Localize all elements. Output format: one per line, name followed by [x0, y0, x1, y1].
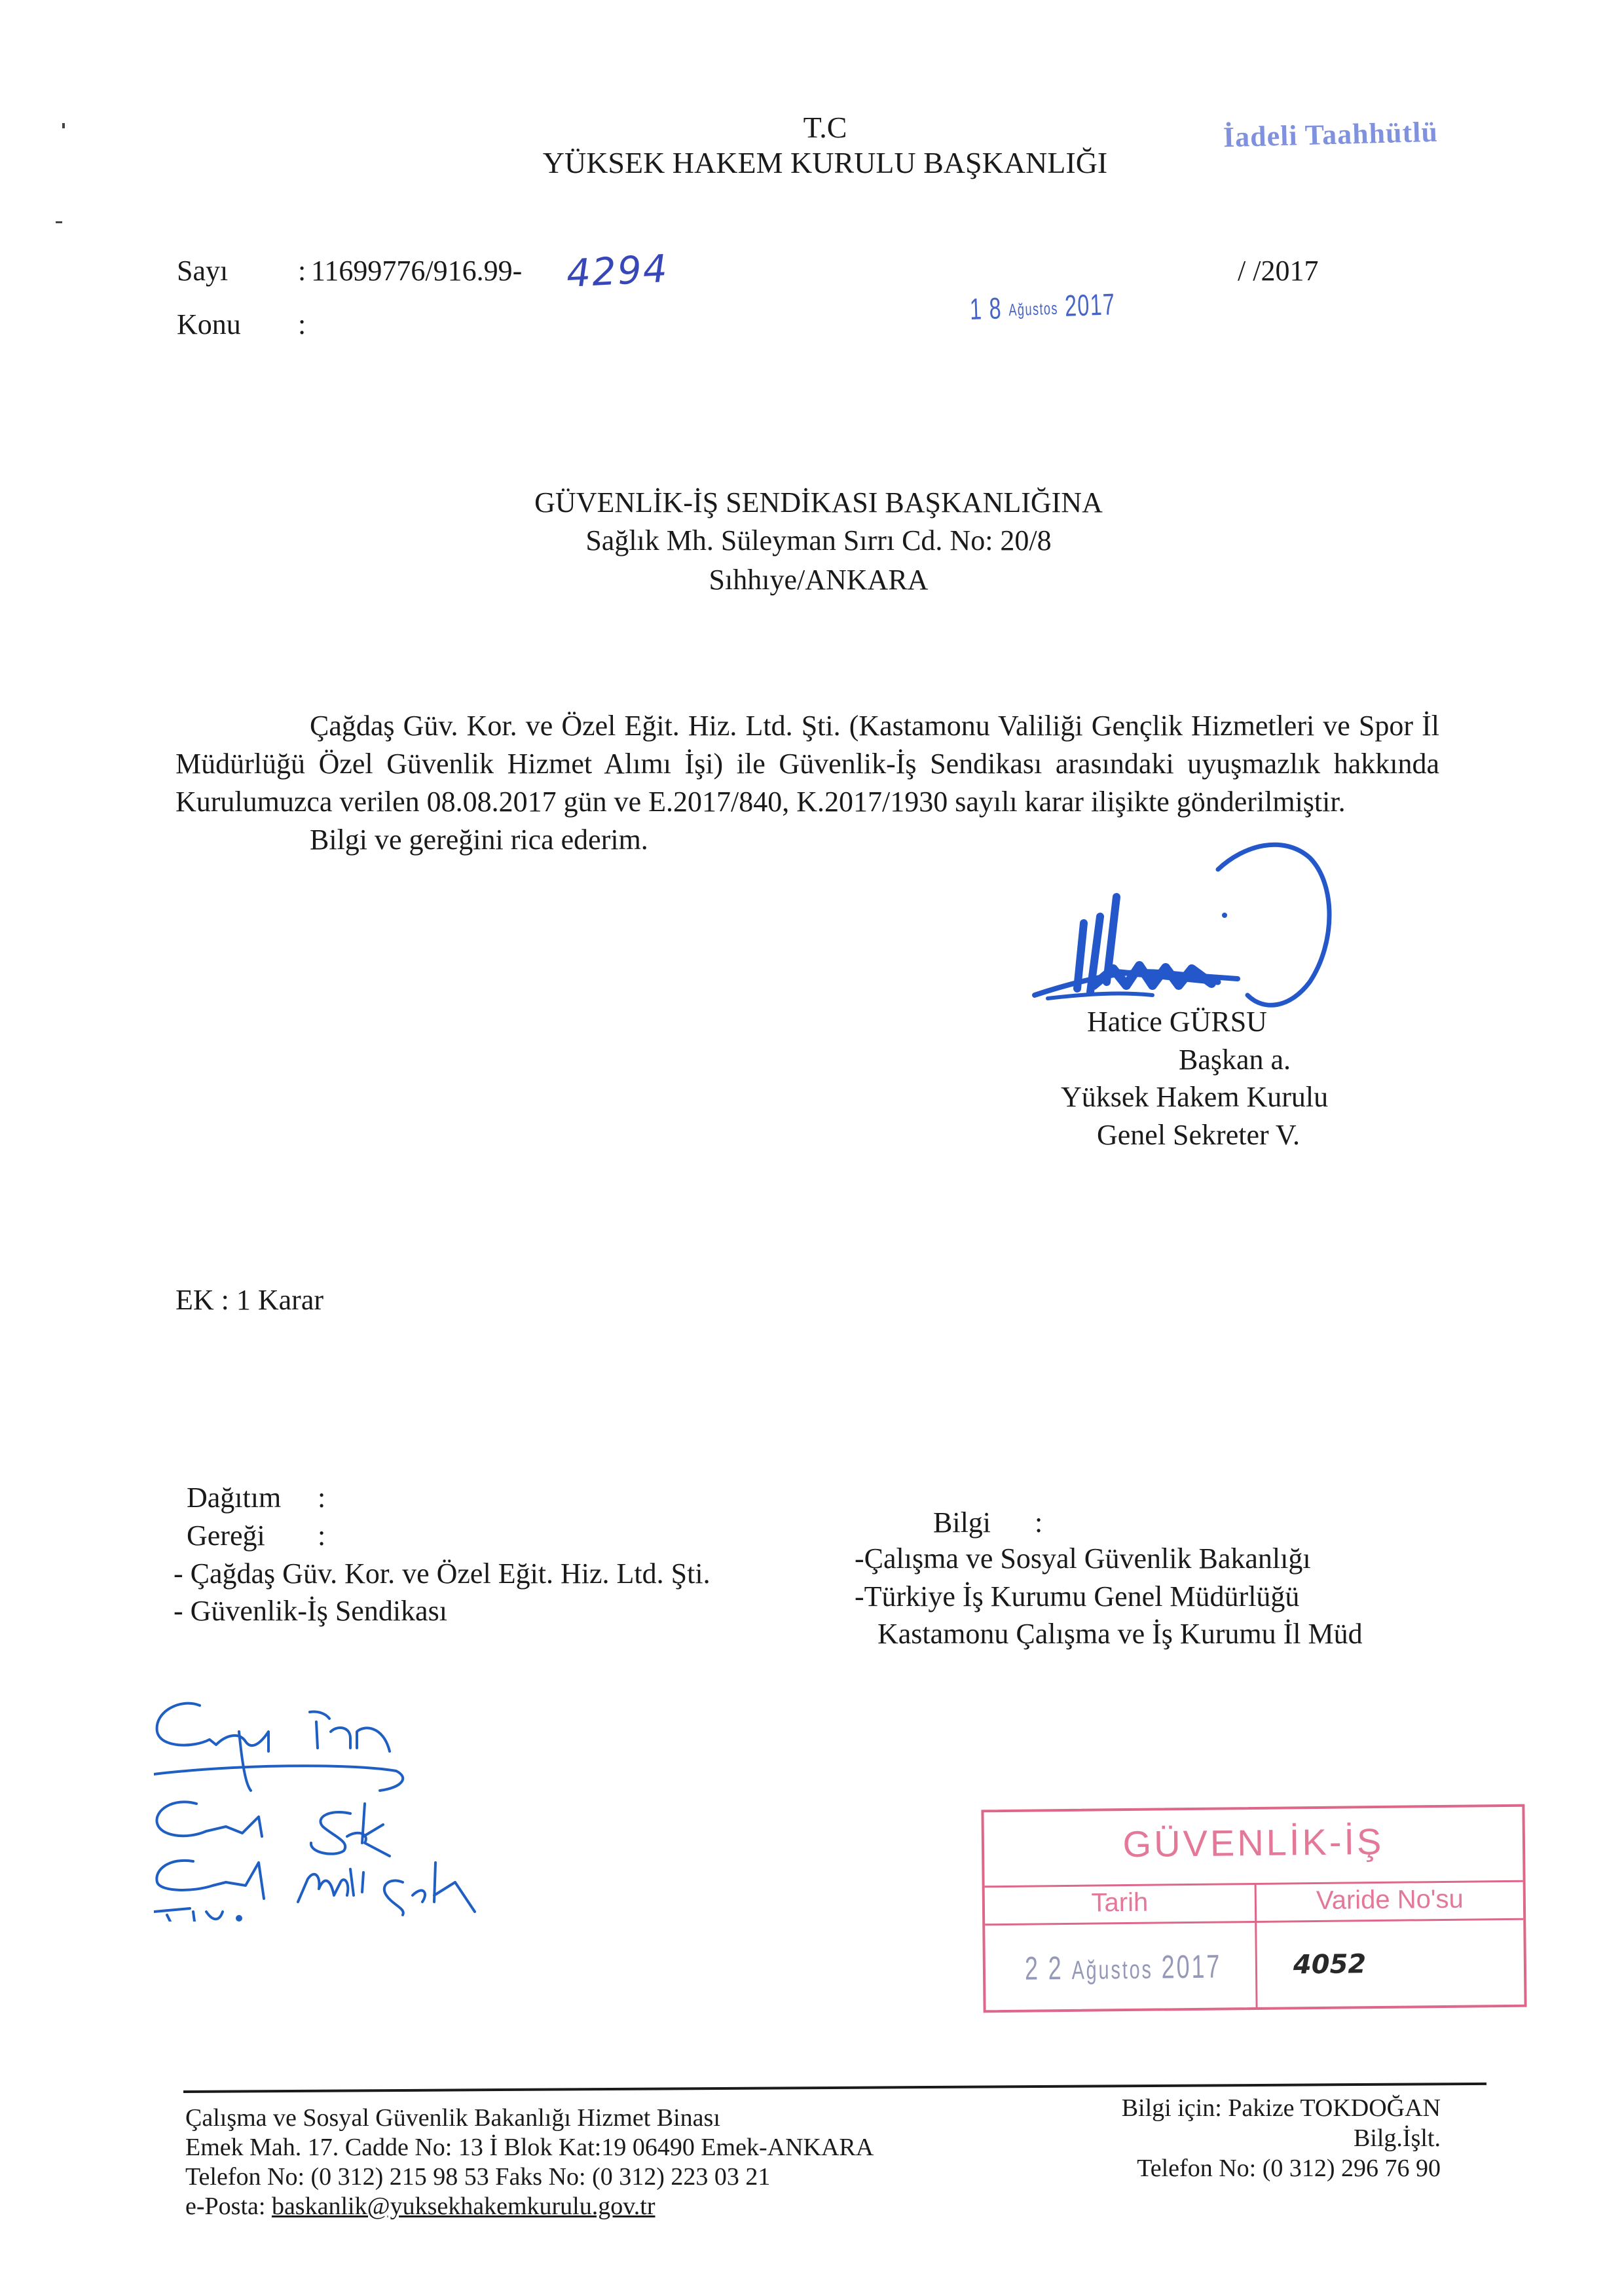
sayi-label: Sayı: [177, 254, 228, 287]
body-paragraph: Çağdaş Güv. Kor. ve Özel Eğit. Hiz. Ltd.…: [175, 707, 1439, 821]
sayi-handwritten-number: 4294: [565, 246, 669, 296]
addressee-name: GÜVENLİK-İŞ SENDİKASI BAŞKANLIĞINA: [458, 486, 1179, 519]
addressee-street: Sağlık Mh. Süleyman Sırrı Cd. No: 20/8: [458, 524, 1179, 557]
received-stamp-number: 4052: [1293, 1949, 1367, 1980]
sayi-colon: :: [298, 254, 306, 287]
footer-rule: [183, 2083, 1486, 2093]
footer-phone-fax: Telefon No: (0 312) 215 98 53 Faks No: (…: [185, 2162, 770, 2191]
received-date-month: Ağustos: [1071, 1956, 1153, 1985]
received-date-day: 2 2: [1025, 1950, 1063, 1987]
info-recipient: -Türkiye İş Kurumu Genel Müdürlüğü: [855, 1580, 1299, 1613]
footer-building: Çalışma ve Sosyal Güvenlik Bakanlığı Hiz…: [185, 2104, 720, 2132]
sayi-value: 11699776/916.99-: [311, 254, 522, 287]
footer-address: Emek Mah. 17. Cadde No: 13 İ Blok Kat:19…: [185, 2133, 874, 2162]
attachment-line: EK : 1 Karar: [175, 1283, 323, 1317]
info-recipients-label: Bilgi: [933, 1506, 991, 1539]
footer-email-line: e-Posta: baskanlik@yuksekhakemkurulu.gov…: [185, 2192, 655, 2221]
distribution-label: Dağıtım: [187, 1481, 281, 1514]
date-stamp-year: 2017: [1064, 287, 1116, 323]
konu-colon: :: [298, 308, 306, 341]
signatory-name: Hatice GÜRSU: [1087, 1005, 1267, 1038]
footer-contact-person: Bilgi için: Pakize TOKDOĞAN: [1074, 2094, 1441, 2123]
footer-contact-phone: Telefon No: (0 312) 296 76 90: [1074, 2154, 1441, 2183]
date-stamp-month: Ağustos: [1008, 299, 1059, 320]
received-date-year: 2017: [1161, 1948, 1221, 1986]
signatory-position: Genel Sekreter V.: [1097, 1118, 1300, 1152]
scan-speck: [56, 221, 62, 223]
handwritten-routing-note: [154, 1686, 580, 1922]
received-stamp-date-header: Tarih: [985, 1887, 1255, 1919]
footer-email-label: e-Posta:: [185, 2193, 272, 2220]
action-recipient: - Çağdaş Güv. Kor. ve Özel Eğit. Hiz. Lt…: [174, 1557, 710, 1590]
received-stamp-date: 2 2 Ağustos 2017: [1025, 1948, 1222, 1988]
header-institution: YÜKSEK HAKEM KURULU BAŞKANLIĞI: [511, 145, 1139, 180]
action-recipients-colon: :: [318, 1519, 325, 1552]
distribution-colon: :: [318, 1481, 325, 1514]
action-recipient: - Güvenlik-İş Sendikası: [174, 1594, 447, 1628]
addressee-city: Sıhhıye/ANKARA: [458, 563, 1179, 596]
action-recipients-label: Gereği: [187, 1519, 265, 1552]
info-recipient: -Çalışma ve Sosyal Güvenlik Bakanlığı: [855, 1542, 1311, 1575]
date-stamp-day: 1 8: [969, 291, 1003, 326]
scan-speck: [62, 123, 65, 128]
header-country: T.C: [766, 110, 884, 145]
info-recipient: Kastamonu Çalışma ve İş Kurumu İl Müd: [877, 1617, 1363, 1650]
signatory-institution: Yüksek Hakem Kurulu: [1061, 1080, 1328, 1114]
received-stamp-number-header: Varide No'su: [1257, 1884, 1523, 1916]
footer-contact-role: Bilg.İşlt.: [1074, 2124, 1441, 2153]
signatory-title: Başkan a.: [1179, 1043, 1291, 1076]
document-date: / /2017: [1238, 254, 1318, 287]
received-stamp-title: GÜVENLİK-İŞ: [984, 1819, 1523, 1867]
info-recipients-colon: :: [1035, 1506, 1043, 1539]
registered-mail-stamp: İadeli Taahhütlü: [1223, 115, 1438, 155]
footer-email-link[interactable]: baskanlik@yuksekhakemkurulu.gov.tr: [272, 2193, 655, 2220]
konu-label: Konu: [177, 308, 241, 341]
date-stamp: 1 8 Ağustos 2017: [969, 286, 1116, 327]
received-stamp: GÜVENLİK-İŞ Tarih Varide No'su 2 2 Ağust…: [981, 1804, 1526, 2013]
